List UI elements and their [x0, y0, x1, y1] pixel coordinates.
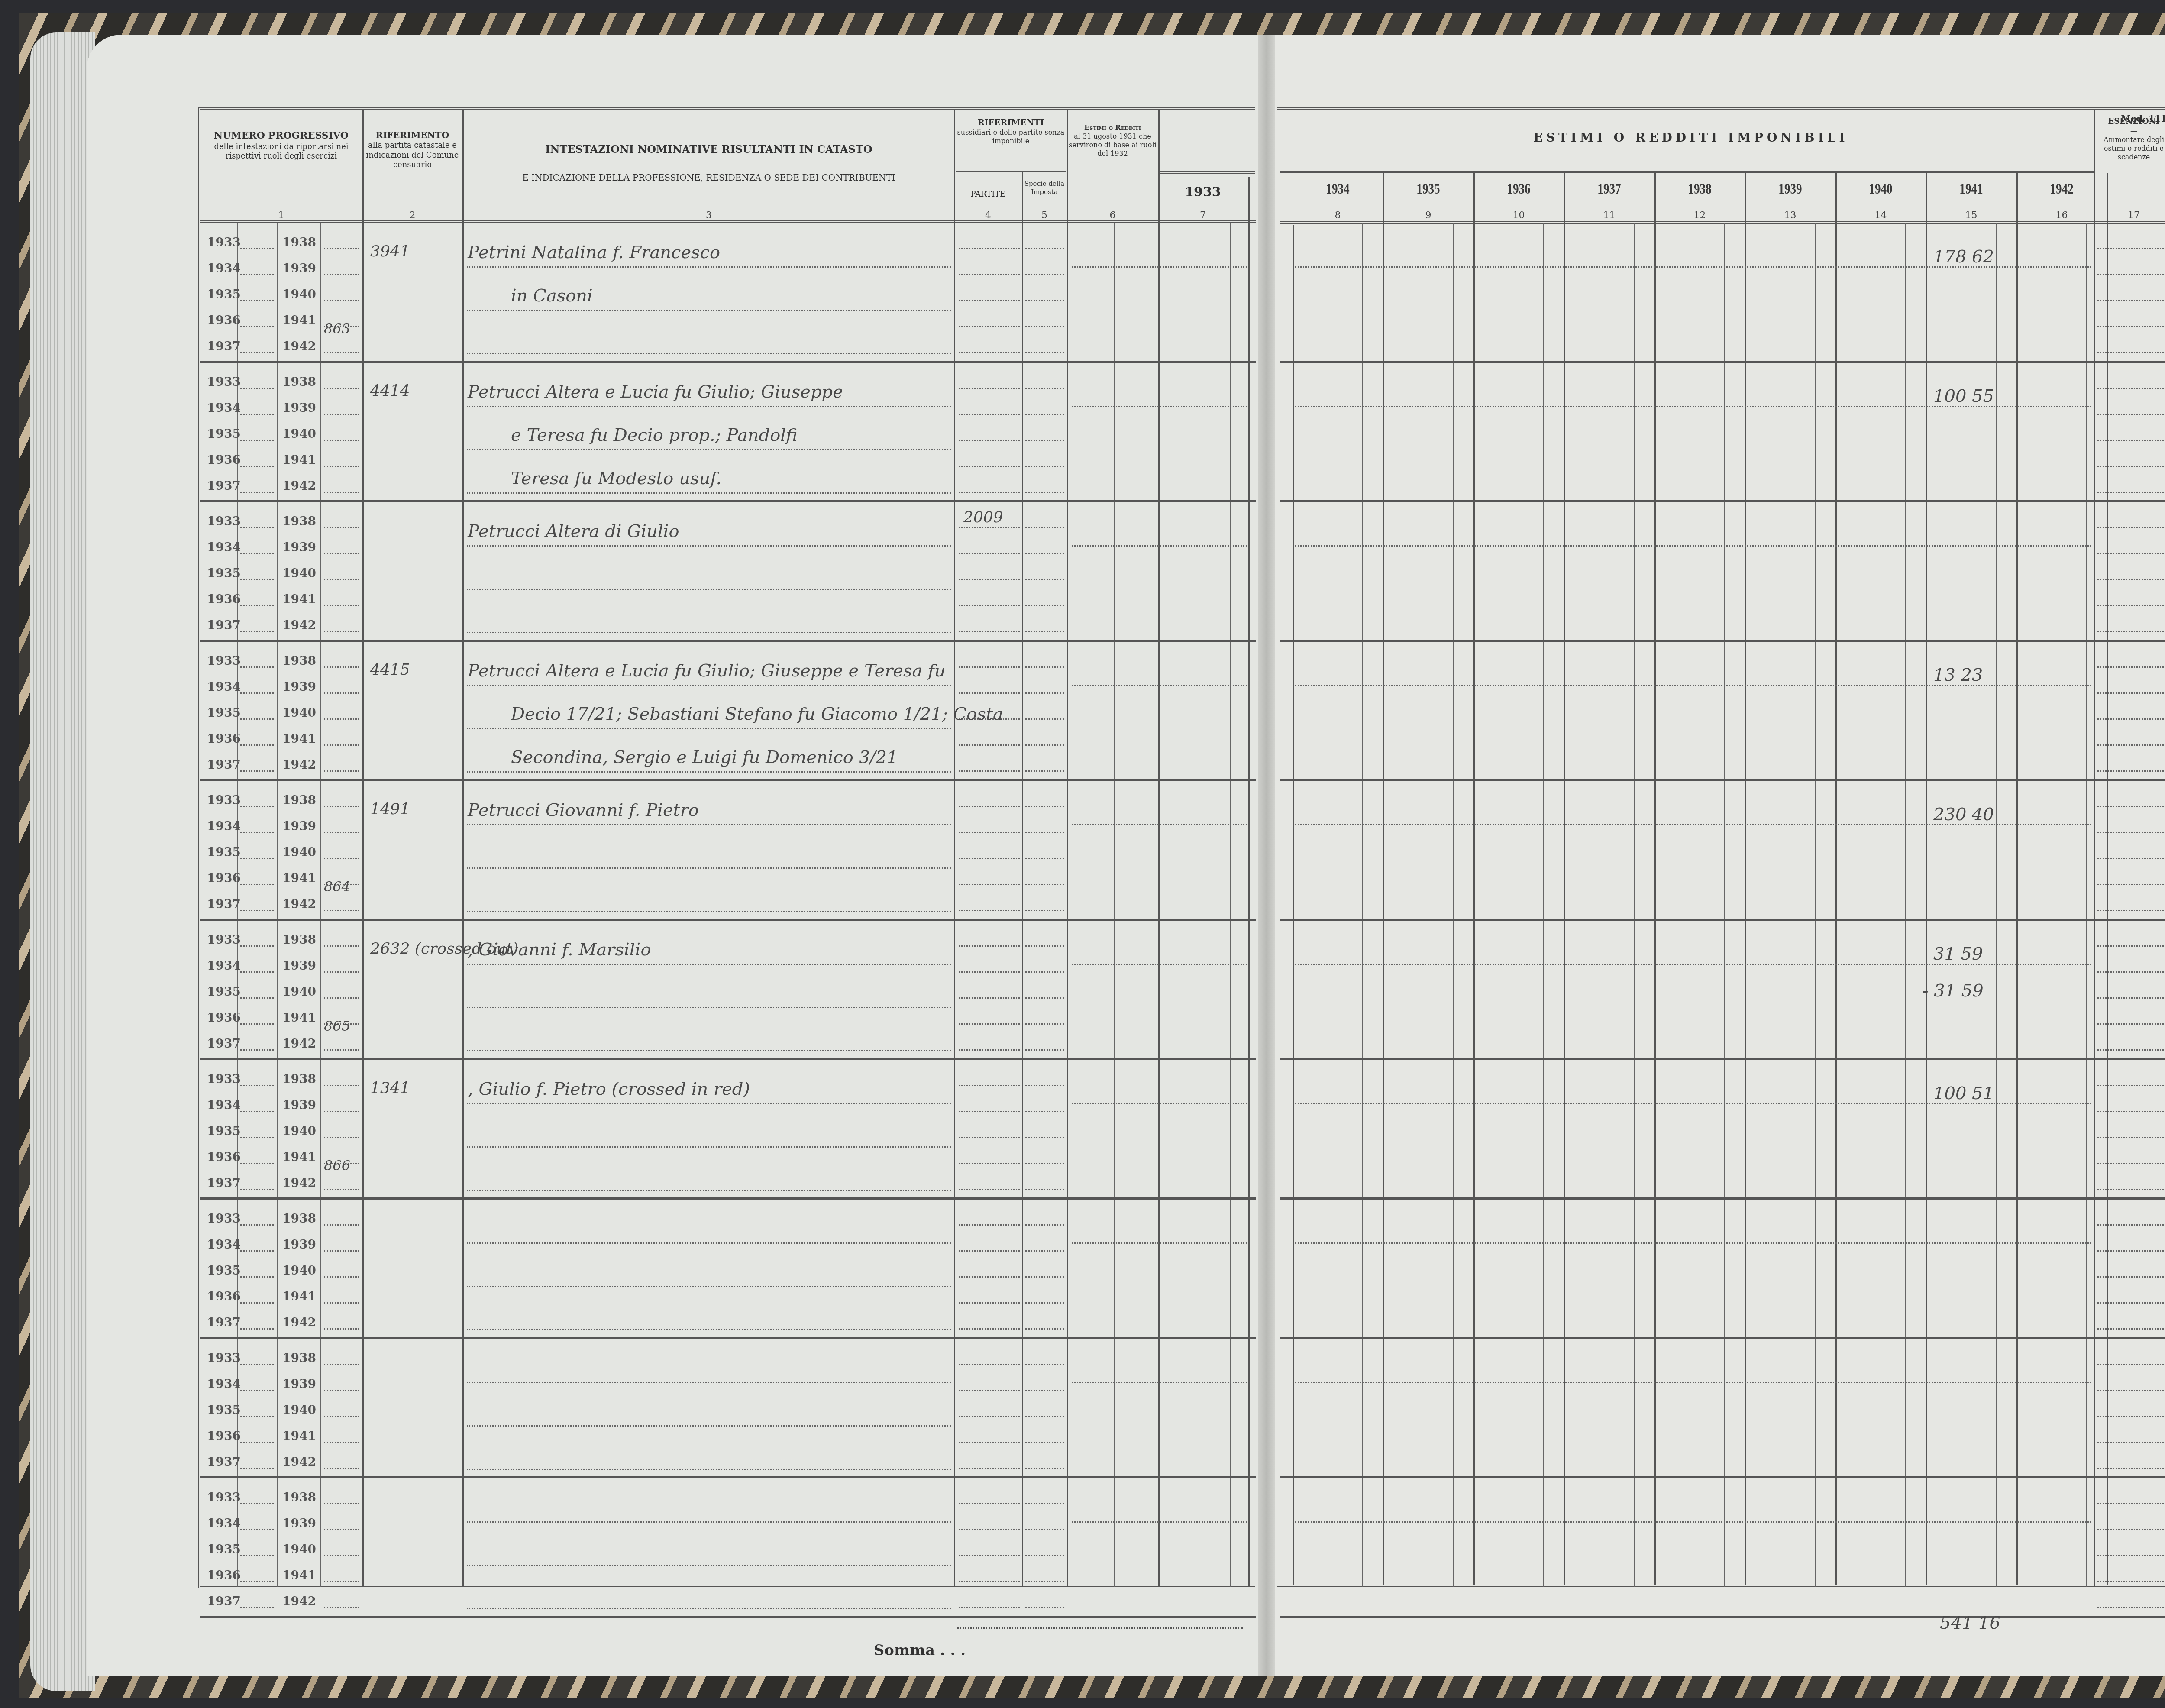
amount-line[interactable] [1072, 1103, 1247, 1104]
progressive-field[interactable] [324, 1607, 359, 1608]
progressive-field[interactable] [240, 1023, 274, 1025]
progressive-field[interactable] [240, 1529, 274, 1530]
progressive-field[interactable] [240, 997, 274, 999]
partite-field[interactable] [959, 414, 1020, 415]
esenzioni-field[interactable] [2097, 605, 2165, 606]
progressive-field[interactable] [324, 1302, 359, 1304]
progressive-field[interactable] [324, 527, 359, 528]
esenzioni-field[interactable] [2097, 527, 2165, 528]
partite-field[interactable] [959, 1276, 1020, 1278]
specie-field[interactable] [1025, 388, 1064, 389]
name-line[interactable] [467, 1146, 951, 1148]
specie-field[interactable] [1025, 1189, 1064, 1190]
progressive-field[interactable] [240, 1555, 274, 1556]
partite-field[interactable] [959, 1224, 1020, 1226]
partite-field[interactable] [959, 770, 1020, 772]
partite-field[interactable] [959, 300, 1020, 301]
partite-field[interactable] [959, 1163, 1020, 1164]
name-line[interactable] [467, 824, 951, 825]
specie-field[interactable] [1025, 1163, 1064, 1164]
progressive-field[interactable] [240, 1468, 274, 1469]
specie-field[interactable] [1025, 553, 1064, 554]
esenzioni-field[interactable] [2097, 1302, 2165, 1304]
esenzioni-field[interactable] [2097, 492, 2165, 493]
esenzioni-field[interactable] [2097, 971, 2165, 973]
partite-field[interactable] [959, 466, 1020, 467]
amount-line[interactable] [1072, 1242, 1247, 1244]
partite-field[interactable] [959, 1111, 1020, 1112]
progressive-field[interactable] [324, 1442, 359, 1443]
partite-field[interactable] [959, 971, 1020, 973]
partite-field[interactable] [959, 1442, 1020, 1443]
progressive-field[interactable] [240, 388, 274, 389]
esenzioni-field[interactable] [2097, 1390, 2165, 1391]
progressive-field[interactable] [324, 666, 359, 668]
progressive-field[interactable] [240, 1137, 274, 1138]
specie-field[interactable] [1025, 1049, 1064, 1051]
partite-field[interactable] [959, 1049, 1020, 1051]
esenzioni-field[interactable] [2097, 414, 2165, 415]
partite-field[interactable] [959, 1529, 1020, 1530]
partite-field[interactable] [959, 692, 1020, 694]
progressive-field[interactable] [324, 1250, 359, 1252]
specie-field[interactable] [1025, 1581, 1064, 1582]
specie-field[interactable] [1025, 414, 1064, 415]
partite-field[interactable] [959, 1416, 1020, 1417]
name-line[interactable] [467, 1382, 951, 1383]
progressive-field[interactable] [240, 744, 274, 746]
progressive-field[interactable] [240, 1163, 274, 1164]
progressive-field[interactable] [240, 553, 274, 554]
partite-field[interactable] [959, 1468, 1020, 1469]
progressive-field[interactable] [240, 1390, 274, 1391]
partite-field[interactable] [959, 1250, 1020, 1252]
progressive-field[interactable] [240, 1503, 274, 1504]
specie-field[interactable] [1025, 1607, 1064, 1608]
partite-field[interactable] [959, 492, 1020, 493]
esenzioni-field[interactable] [2097, 832, 2165, 833]
progressive-field[interactable] [324, 466, 359, 467]
esenzioni-field[interactable] [2097, 884, 2165, 885]
esenzioni-field[interactable] [2097, 806, 2165, 807]
year-label-right: 1940 [282, 1403, 316, 1417]
esenzioni-field[interactable] [2097, 744, 2165, 746]
progressive-field[interactable] [240, 352, 274, 353]
progressive-field[interactable] [240, 971, 274, 973]
progressive-field[interactable] [240, 666, 274, 668]
name-line[interactable] [467, 1050, 951, 1051]
esenzioni-field[interactable] [2097, 1607, 2165, 1608]
progressive-field[interactable] [324, 1189, 359, 1190]
esenzioni-field[interactable] [2097, 718, 2165, 720]
specie-field[interactable] [1025, 1137, 1064, 1138]
partite-field[interactable] [959, 910, 1020, 911]
progressive-field[interactable] [324, 1503, 359, 1504]
name-line[interactable] [467, 1565, 951, 1566]
progressive-field[interactable] [240, 718, 274, 720]
entry-partite: 2009 [963, 508, 1003, 526]
progressive-field[interactable] [240, 832, 274, 833]
specie-field[interactable] [1025, 1224, 1064, 1226]
amount-line[interactable] [1072, 1382, 1247, 1383]
amount-line[interactable] [1072, 824, 1247, 825]
progressive-field[interactable] [240, 692, 274, 694]
esenzioni-field[interactable] [2097, 1442, 2165, 1443]
year-label-right: 1941 [282, 592, 316, 606]
specie-field[interactable] [1025, 248, 1064, 249]
esenzioni-field[interactable] [2097, 1416, 2165, 1417]
name-line[interactable] [467, 589, 951, 590]
progressive-field[interactable] [324, 832, 359, 833]
progressive-field[interactable] [324, 1364, 359, 1365]
specie-field[interactable] [1025, 910, 1064, 911]
amount-line[interactable] [1072, 685, 1247, 686]
specie-field[interactable] [1025, 1390, 1064, 1391]
entry-name-line1: , Giulio f. Pietro (crossed in red) [468, 1079, 750, 1099]
esenzioni-field[interactable] [2097, 1364, 2165, 1365]
partite-field[interactable] [959, 1555, 1020, 1556]
name-line[interactable] [467, 728, 951, 729]
progressive-field[interactable] [324, 248, 359, 249]
name-line[interactable] [467, 1103, 951, 1104]
name-line[interactable] [467, 1521, 951, 1523]
specie-field[interactable] [1025, 971, 1064, 973]
esenzioni-field[interactable] [2097, 770, 2165, 772]
esenzioni-field[interactable] [2097, 300, 2165, 301]
progressive-field[interactable] [324, 414, 359, 415]
specie-field[interactable] [1025, 631, 1064, 632]
progressive-field[interactable] [240, 579, 274, 580]
progressive-field[interactable] [240, 1607, 274, 1608]
specie-field[interactable] [1025, 858, 1064, 859]
progressive-field[interactable] [324, 553, 359, 554]
esenzioni-field[interactable] [2097, 997, 2165, 999]
specie-field[interactable] [1025, 806, 1064, 807]
progressive-field[interactable] [324, 352, 359, 353]
specie-field[interactable] [1025, 1085, 1064, 1086]
progressive-field[interactable] [324, 858, 359, 859]
name-line[interactable] [467, 632, 951, 633]
progressive-field[interactable] [324, 770, 359, 772]
partite-field[interactable] [959, 1328, 1020, 1330]
progressive-field[interactable] [324, 806, 359, 807]
name-line[interactable] [467, 1469, 951, 1470]
progressive-field[interactable] [240, 1085, 274, 1086]
specie-field[interactable] [1025, 492, 1064, 493]
specie-field[interactable] [1025, 1328, 1064, 1330]
progressive-field[interactable] [240, 1442, 274, 1443]
progressive-field[interactable] [324, 492, 359, 493]
amount-line[interactable] [1072, 545, 1247, 547]
progressive-field[interactable] [324, 1049, 359, 1051]
specie-field[interactable] [1025, 300, 1064, 301]
name-line[interactable] [467, 1425, 951, 1427]
progressive-field[interactable] [324, 1529, 359, 1530]
name-line[interactable] [467, 771, 951, 773]
esenzioni-field[interactable] [2097, 553, 2165, 554]
progressive-field[interactable] [240, 1276, 274, 1278]
specie-field[interactable] [1025, 1555, 1064, 1556]
partite-field[interactable] [959, 527, 1020, 528]
year-label-left: 1936 [207, 1010, 241, 1025]
somma-rule [957, 1627, 1243, 1629]
progressive-field[interactable] [240, 631, 274, 632]
name-line[interactable] [467, 964, 951, 965]
progressive-field[interactable] [240, 248, 274, 249]
specie-field[interactable] [1025, 1416, 1064, 1417]
partite-field[interactable] [959, 1390, 1020, 1391]
esenzioni-field[interactable] [2097, 1555, 2165, 1556]
specie-field[interactable] [1025, 1023, 1064, 1025]
partite-field[interactable] [959, 858, 1020, 859]
progressive-field[interactable] [324, 1328, 359, 1330]
specie-field[interactable] [1025, 770, 1064, 772]
esenzioni-field[interactable] [2097, 1581, 2165, 1582]
specie-field[interactable] [1025, 466, 1064, 467]
esenzioni-field[interactable] [2097, 1529, 2165, 1530]
esenzioni-field[interactable] [2097, 1023, 2165, 1025]
progressive-field[interactable] [324, 274, 359, 275]
progressive-field[interactable] [240, 527, 274, 528]
esenzioni-field[interactable] [2097, 1049, 2165, 1051]
specie-field[interactable] [1025, 1111, 1064, 1112]
name-line[interactable] [467, 545, 951, 547]
progressive-field[interactable] [240, 492, 274, 493]
progressive-field[interactable] [324, 692, 359, 694]
progressive-field[interactable] [240, 806, 274, 807]
name-line[interactable] [467, 1286, 951, 1287]
name-line[interactable] [467, 353, 951, 354]
progressive-field[interactable] [240, 1364, 274, 1365]
progressive-field[interactable] [240, 605, 274, 606]
specie-field[interactable] [1025, 1364, 1064, 1365]
specie-field[interactable] [1025, 744, 1064, 746]
progressive-field[interactable] [240, 1189, 274, 1190]
esenzioni-field[interactable] [2097, 248, 2165, 249]
specie-field[interactable] [1025, 1276, 1064, 1278]
specie-field[interactable] [1025, 945, 1064, 947]
esenzioni-field[interactable] [2097, 326, 2165, 327]
progressive-field[interactable] [240, 1416, 274, 1417]
partite-field[interactable] [959, 1302, 1020, 1304]
progressive-field[interactable] [324, 1085, 359, 1086]
esenzioni-field[interactable] [2097, 858, 2165, 859]
esenzioni-field[interactable] [2097, 1503, 2165, 1504]
specie-field[interactable] [1025, 718, 1064, 720]
progressive-field[interactable] [324, 718, 359, 720]
esenzioni-field[interactable] [2097, 1250, 2165, 1252]
progressive-field[interactable] [324, 1276, 359, 1278]
progressive-field[interactable] [240, 1302, 274, 1304]
partite-field[interactable] [959, 806, 1020, 807]
partite-field[interactable] [959, 326, 1020, 327]
progressive-field[interactable] [240, 945, 274, 947]
partite-field[interactable] [959, 997, 1020, 999]
specie-field[interactable] [1025, 1302, 1064, 1304]
progressive-field[interactable] [240, 300, 274, 301]
progressive-field[interactable] [324, 945, 359, 947]
specie-field[interactable] [1025, 274, 1064, 275]
specie-field[interactable] [1025, 579, 1064, 580]
progressive-field[interactable] [324, 440, 359, 441]
specie-field[interactable] [1025, 1250, 1064, 1252]
progressive-field[interactable] [240, 1224, 274, 1226]
amount-line[interactable] [1072, 964, 1247, 965]
progressive-field[interactable] [324, 631, 359, 632]
specie-field[interactable] [1025, 352, 1064, 353]
progressive-field[interactable] [240, 1328, 274, 1330]
esenzioni-field[interactable] [2097, 440, 2165, 441]
name-line[interactable] [467, 867, 951, 869]
partite-field[interactable] [959, 631, 1020, 632]
esenzioni-field[interactable] [2097, 945, 2165, 947]
progressive-field[interactable] [324, 1581, 359, 1582]
progressive-field[interactable] [324, 1224, 359, 1226]
specie-field[interactable] [1025, 605, 1064, 606]
specie-field[interactable] [1025, 440, 1064, 441]
esenzioni-field[interactable] [2097, 1328, 2165, 1330]
partite-field[interactable] [959, 1189, 1020, 1190]
esenzioni-field[interactable] [2097, 1276, 2165, 1278]
specie-field[interactable] [1025, 692, 1064, 694]
name-line[interactable] [467, 492, 951, 494]
progressive-field[interactable] [324, 1555, 359, 1556]
progressive-field[interactable] [324, 910, 359, 911]
specie-field[interactable] [1025, 326, 1064, 327]
progressive-field[interactable] [240, 910, 274, 911]
specie-field[interactable] [1025, 1468, 1064, 1469]
amount-line[interactable] [1072, 266, 1247, 268]
partite-field[interactable] [959, 605, 1020, 606]
progressive-field[interactable] [324, 605, 359, 606]
partite-field[interactable] [959, 884, 1020, 885]
partite-field[interactable] [959, 352, 1020, 353]
partite-field[interactable] [959, 832, 1020, 833]
partite-field[interactable] [959, 945, 1020, 947]
partite-field[interactable] [959, 553, 1020, 554]
partite-field[interactable] [959, 1503, 1020, 1504]
esenzioni-field[interactable] [2097, 388, 2165, 389]
specie-field[interactable] [1025, 1529, 1064, 1530]
partite-field[interactable] [959, 579, 1020, 580]
amount-line[interactable] [1295, 1521, 2091, 1523]
progressive-field[interactable] [240, 884, 274, 885]
esenzioni-field[interactable] [2097, 666, 2165, 668]
esenzioni-field[interactable] [2097, 1163, 2165, 1164]
colnum-10: 10 [1473, 210, 1564, 221]
specie-field[interactable] [1025, 666, 1064, 668]
progressive-field[interactable] [324, 1137, 359, 1138]
name-line[interactable] [467, 310, 951, 311]
partite-field[interactable] [959, 248, 1020, 249]
progressive-field[interactable] [240, 1049, 274, 1051]
specie-field[interactable] [1025, 832, 1064, 833]
progressive-field[interactable] [240, 858, 274, 859]
progressive-field[interactable] [240, 326, 274, 327]
esenzioni-field[interactable] [2097, 692, 2165, 694]
name-line[interactable] [467, 266, 951, 268]
partite-field[interactable] [959, 440, 1020, 441]
name-line[interactable] [467, 1190, 951, 1191]
specie-field[interactable] [1025, 884, 1064, 885]
esenzioni-field[interactable] [2097, 1224, 2165, 1226]
amount-line[interactable] [1295, 1242, 2091, 1244]
progressive-field[interactable] [240, 274, 274, 275]
entry-partita: 3941 [370, 243, 410, 260]
progressive-field[interactable] [240, 1250, 274, 1252]
progressive-field[interactable] [240, 770, 274, 772]
esenzioni-field[interactable] [2097, 1085, 2165, 1086]
progressive-field[interactable] [240, 466, 274, 467]
name-line[interactable] [467, 1329, 951, 1330]
partite-field[interactable] [959, 1581, 1020, 1582]
amount-line[interactable] [1295, 1382, 2091, 1383]
name-line[interactable] [467, 1242, 951, 1244]
progressive-field[interactable] [324, 1416, 359, 1417]
specie-field[interactable] [1025, 527, 1064, 528]
progressive-field[interactable] [240, 1111, 274, 1112]
partite-field[interactable] [959, 744, 1020, 746]
specie-field[interactable] [1025, 997, 1064, 999]
name-line[interactable] [467, 406, 951, 407]
esenzioni-field[interactable] [2097, 1111, 2165, 1112]
esenzioni-field[interactable] [2097, 1137, 2165, 1138]
amount-line[interactable] [1295, 545, 2091, 547]
partite-field[interactable] [959, 1085, 1020, 1086]
esenzioni-field[interactable] [2097, 631, 2165, 632]
year-label-left: 1936 [207, 313, 241, 327]
partite-field[interactable] [959, 274, 1020, 275]
progressive-field[interactable] [324, 1468, 359, 1469]
progressive-field[interactable] [324, 1390, 359, 1391]
partite-field[interactable] [959, 1023, 1020, 1025]
esenzioni-field[interactable] [2097, 274, 2165, 275]
progressive-field[interactable] [324, 971, 359, 973]
esenzioni-field[interactable] [2097, 1468, 2165, 1469]
name-line[interactable] [467, 685, 951, 686]
amount-line[interactable] [1072, 1521, 1247, 1523]
progressive-field[interactable] [240, 414, 274, 415]
esenzioni-field[interactable] [2097, 910, 2165, 911]
esenzioni-field[interactable] [2097, 352, 2165, 353]
amount-line[interactable] [1072, 406, 1247, 407]
progressive-field[interactable] [324, 300, 359, 301]
year-label-left: 1933 [207, 514, 241, 528]
specie-field[interactable] [1025, 1442, 1064, 1443]
partite-field[interactable] [959, 1607, 1020, 1608]
esenzioni-field[interactable] [2097, 466, 2165, 467]
name-line[interactable] [467, 1608, 951, 1609]
esenzioni-field[interactable] [2097, 579, 2165, 580]
name-line[interactable] [467, 1007, 951, 1008]
partite-field[interactable] [959, 388, 1020, 389]
progressive-field[interactable] [324, 388, 359, 389]
left-col-divider [1158, 109, 1160, 1586]
partite-field[interactable] [959, 1364, 1020, 1365]
progressive-field[interactable] [324, 1111, 359, 1112]
progressive-field[interactable] [324, 579, 359, 580]
esenzioni-field[interactable] [2097, 1189, 2165, 1190]
progressive-field[interactable] [240, 440, 274, 441]
name-line[interactable] [467, 449, 951, 450]
progressive-field[interactable] [240, 1581, 274, 1582]
partite-field[interactable] [959, 1137, 1020, 1138]
partite-field[interactable] [959, 666, 1020, 668]
progressive-field[interactable] [324, 997, 359, 999]
specie-field[interactable] [1025, 1503, 1064, 1504]
progressive-field[interactable] [324, 744, 359, 746]
name-line[interactable] [467, 911, 951, 912]
